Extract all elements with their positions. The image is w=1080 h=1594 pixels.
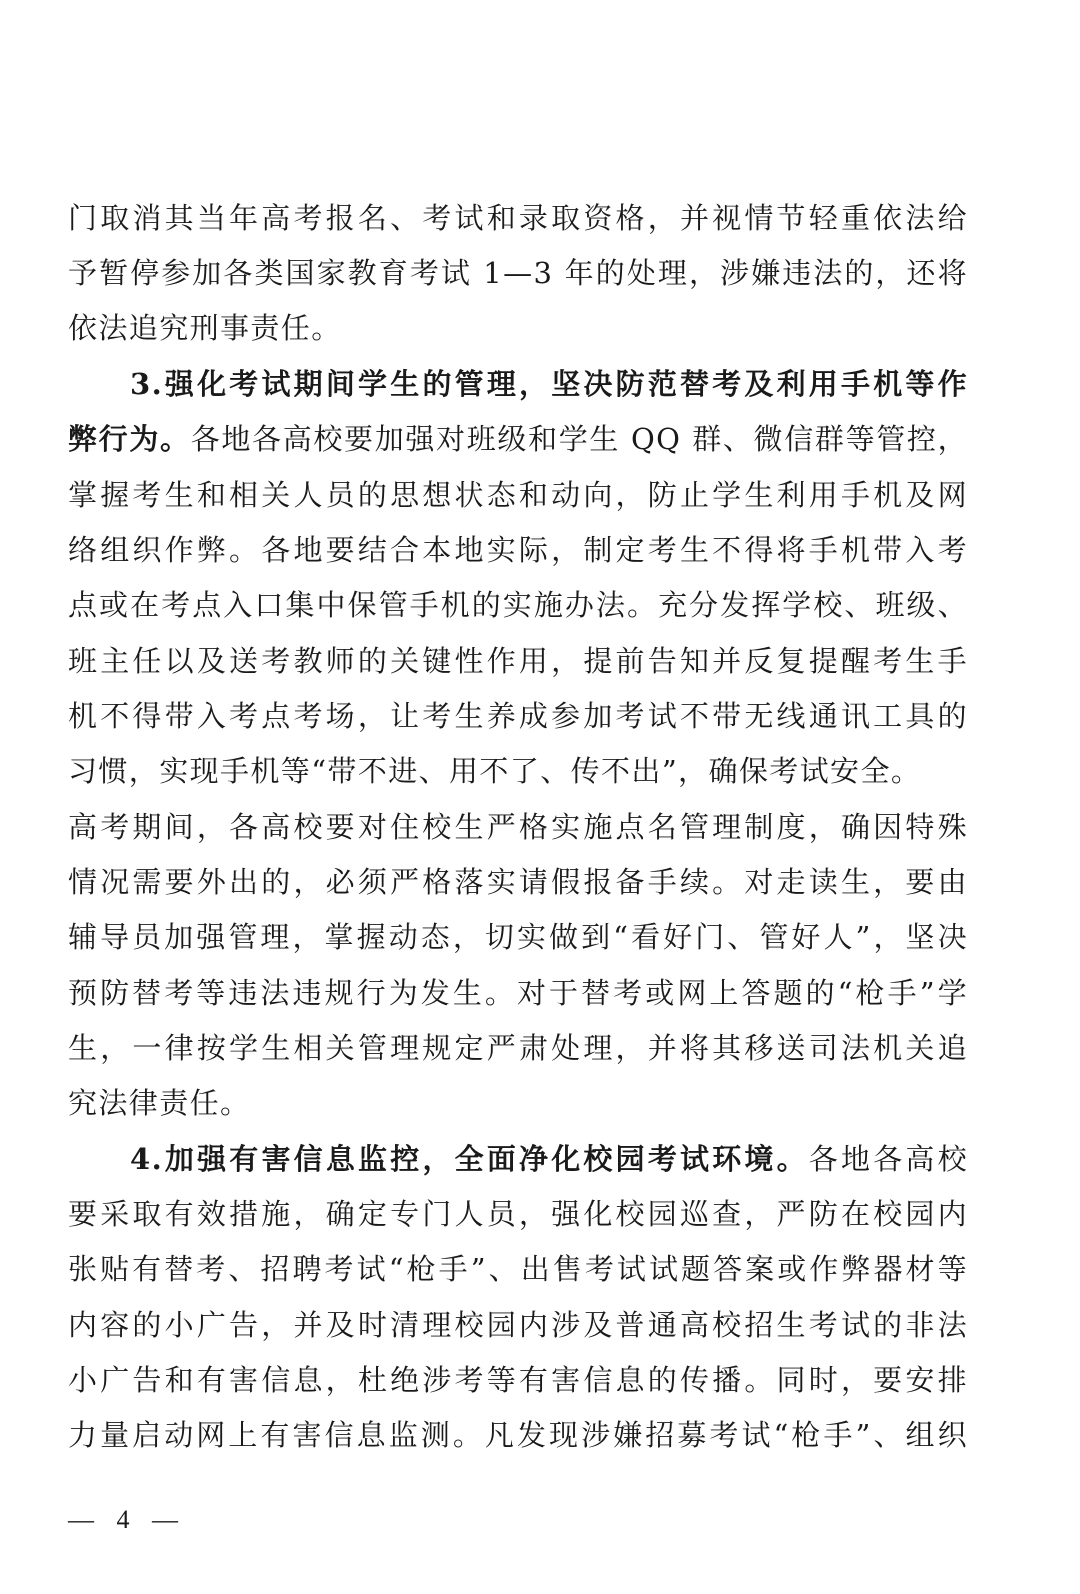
text-line: 预防替考等违法违规行为发生。对于替考或网上答题的“枪手”学 [68, 973, 968, 1013]
line-text: 予暂停参加各类国家教育考试 1—3 年的处理，涉嫌违法的，还将 [68, 256, 968, 290]
line-text: 高考期间，各高校要对住校生严格实施点名管理制度，确因特殊 [68, 810, 968, 844]
section-heading-3: 3.强化考试期间学生的管理，坚决防范替考及利用手机等作 [130, 364, 968, 404]
text-line: 张贴有替考、招聘考试“枪手”、出售考试试题答案或作弊器材等 [68, 1249, 968, 1289]
line-text: 班主任以及送考教师的关键性作用，提前告知并反复提醒考生手 [68, 644, 968, 678]
text-line: 依法追究刑事责任。 [68, 308, 968, 348]
text-line: 点或在考点入口集中保管手机的实施办法。充分发挥学校、班级、 [68, 585, 968, 625]
section-heading-4: 4.加强有害信息监控，全面净化校园考试环境。各地各高校 [130, 1139, 968, 1179]
line-text: 情况需要外出的，必须严格落实请假报备手续。对走读生，要由 [68, 865, 968, 899]
text-line: 生，一律按学生相关管理规定严肃处理，并将其移送司法机关追 [68, 1028, 968, 1068]
line-text: 张贴有替考、招聘考试“枪手”、出售考试试题答案或作弊器材等 [68, 1252, 968, 1286]
text-line: 门取消其当年高考报名、考试和录取资格，并视情节轻重依法给 [68, 198, 968, 238]
text-line: 予暂停参加各类国家教育考试 1—3 年的处理，涉嫌违法的，还将 [68, 253, 968, 293]
line-text: 各地各高校要加强对班级和学生 QQ 群、微信群等管控， [191, 422, 968, 456]
line-text: 辅导员加强管理，掌握动态，切实做到“看好门、管好人”，坚决 [68, 920, 968, 954]
line-text: 要采取有效措施，确定专门人员，强化校园巡查，严防在校园内 [68, 1197, 968, 1231]
line-text: 力量启动网上有害信息监测。凡发现涉嫌招募考试“枪手”、组织 [68, 1418, 968, 1452]
line-text: 机不得带入考点考场，让考生养成参加考试不带无线通讯工具的 [68, 699, 968, 733]
page-number: — 4 — [68, 1503, 186, 1537]
heading-text: 3.强化考试期间学生的管理，坚决防范替考及利用手机等作 [130, 367, 968, 401]
line-text: 络组织作弊。各地要结合本地实际，制定考生不得将手机带入考 [68, 533, 968, 567]
text-line: 要采取有效措施，确定专门人员，强化校园巡查，严防在校园内 [68, 1194, 968, 1234]
text-line: 掌握考生和相关人员的思想状态和动向，防止学生利用手机及网 [68, 475, 968, 515]
text-line: 习惯，实现手机等“带不进、用不了、传不出”，确保考试安全。 [68, 751, 968, 791]
text-line: 力量启动网上有害信息监测。凡发现涉嫌招募考试“枪手”、组织 [68, 1415, 968, 1455]
line-text: 习惯，实现手机等“带不进、用不了、传不出”，确保考试安全。 [68, 754, 921, 788]
line-text: 各地各高校 [809, 1142, 968, 1176]
heading-text: 4.加强有害信息监控，全面净化校园考试环境。 [130, 1142, 809, 1176]
text-line: 情况需要外出的，必须严格落实请假报备手续。对走读生，要由 [68, 862, 968, 902]
line-text: 掌握考生和相关人员的思想状态和动向，防止学生利用手机及网 [68, 478, 968, 512]
text-line: 班主任以及送考教师的关键性作用，提前告知并反复提醒考生手 [68, 641, 968, 681]
line-text: 究法律责任。 [68, 1086, 250, 1120]
line-text: 依法追究刑事责任。 [68, 311, 342, 345]
line-text: 内容的小广告，并及时清理校园内涉及普通高校招生考试的非法 [68, 1308, 968, 1342]
heading-text: 弊行为。 [68, 422, 191, 456]
document-page: 门取消其当年高考报名、考试和录取资格，并视情节轻重依法给 予暂停参加各类国家教育… [0, 0, 1080, 1594]
line-text: 预防替考等违法违规行为发生。对于替考或网上答题的“枪手”学 [68, 976, 968, 1010]
text-line: 内容的小广告，并及时清理校园内涉及普通高校招生考试的非法 [68, 1305, 968, 1345]
text-line: 究法律责任。 [68, 1083, 968, 1123]
text-line: 小广告和有害信息，杜绝涉考等有害信息的传播。同时，要安排 [68, 1360, 968, 1400]
text-line: 高考期间，各高校要对住校生严格实施点名管理制度，确因特殊 [68, 807, 968, 847]
text-line: 辅导员加强管理，掌握动态，切实做到“看好门、管好人”，坚决 [68, 917, 968, 957]
line-text: 生，一律按学生相关管理规定严肃处理，并将其移送司法机关追 [68, 1031, 968, 1065]
text-line: 弊行为。各地各高校要加强对班级和学生 QQ 群、微信群等管控， [68, 419, 968, 459]
text-line: 络组织作弊。各地要结合本地实际，制定考生不得将手机带入考 [68, 530, 968, 570]
line-text: 点或在考点入口集中保管手机的实施办法。充分发挥学校、班级、 [68, 588, 968, 622]
line-text: 小广告和有害信息，杜绝涉考等有害信息的传播。同时，要安排 [68, 1363, 968, 1397]
text-line: 机不得带入考点考场，让考生养成参加考试不带无线通讯工具的 [68, 696, 968, 736]
line-text: 门取消其当年高考报名、考试和录取资格，并视情节轻重依法给 [68, 201, 968, 235]
